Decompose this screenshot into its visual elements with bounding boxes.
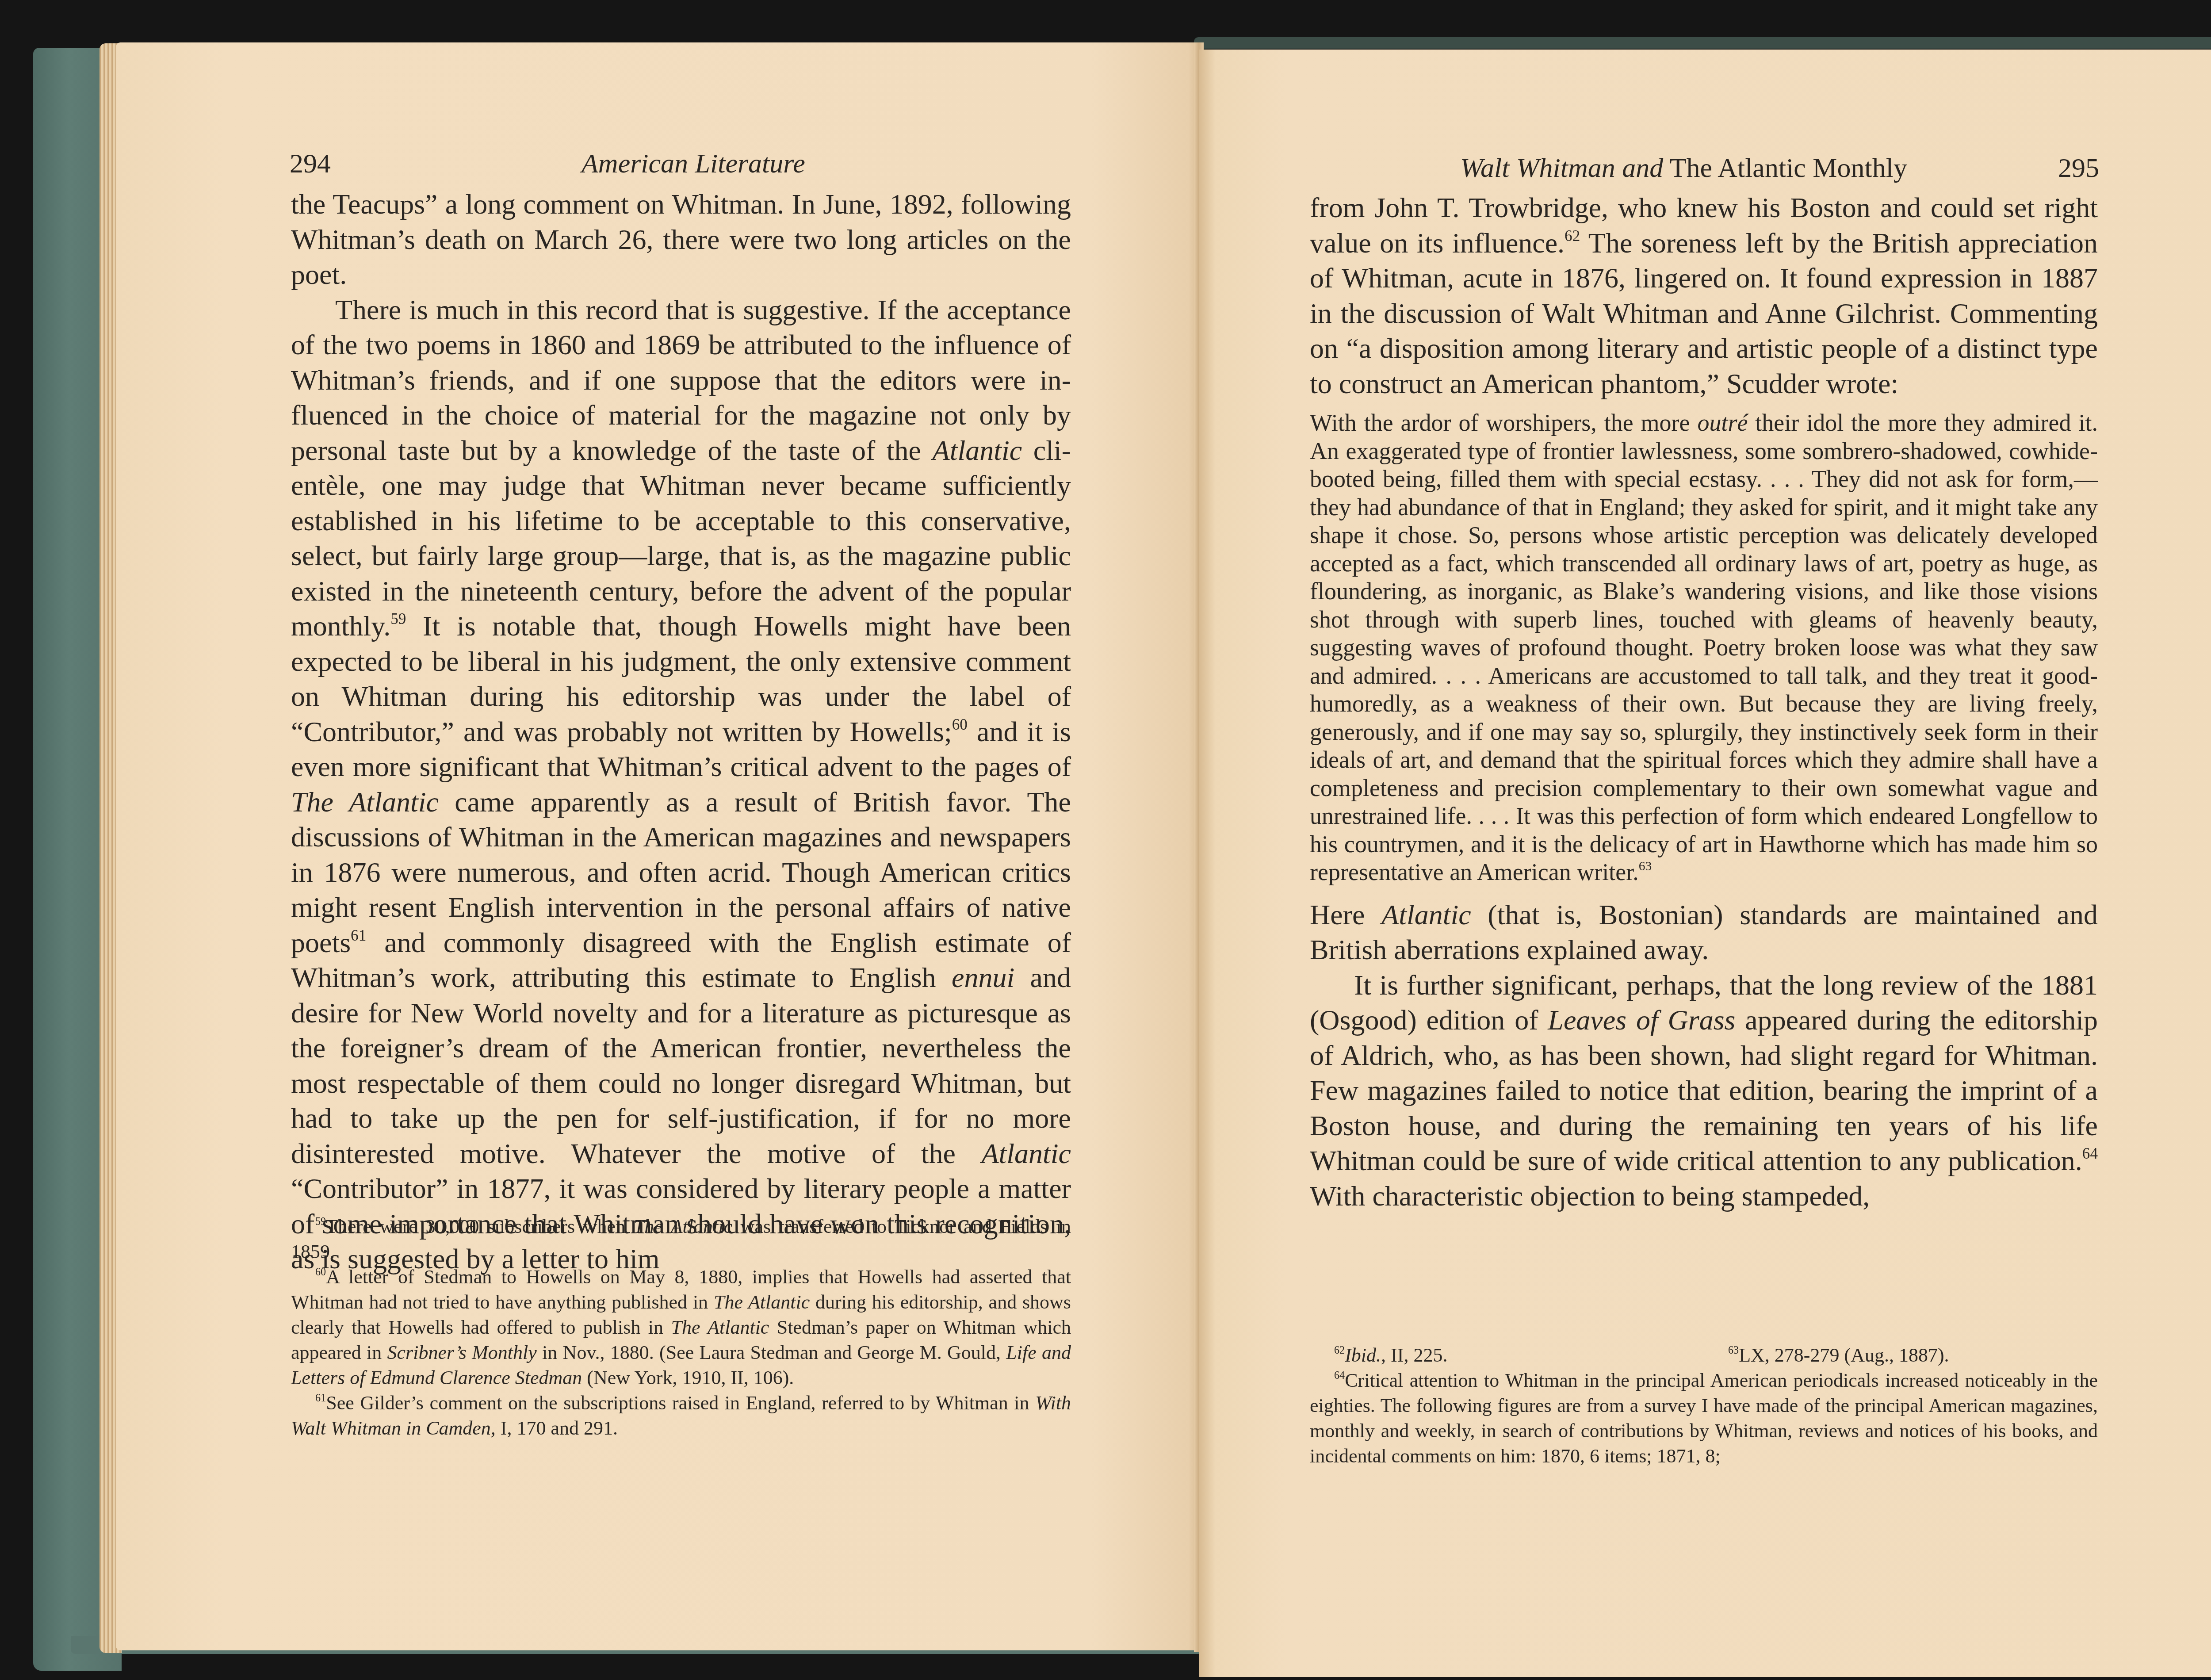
footnote-59: 59There were 30,000 subscribers when The… [291, 1214, 1071, 1264]
italic-text: Atlantic [933, 435, 1022, 466]
footnote-number: 60 [315, 1266, 326, 1278]
left-body-text: the Teacups” a long comment on Whitman. … [291, 187, 1071, 1277]
footnote-61: 61See Gilder’s comment on the subscripti… [291, 1390, 1071, 1441]
text-run: the Teacups” a long comment on Whitman. … [291, 188, 1071, 290]
text-run: Here [1310, 899, 1381, 930]
italic-text: The Atlantic [634, 1216, 732, 1237]
paragraph-after-quote: Here Atlantic (that is, Bostonian) stand… [1310, 897, 2098, 968]
italic-text: ennui [952, 962, 1014, 993]
text-run: their idol the more they admired it. An … [1310, 409, 2098, 885]
left-page-number: 294 [290, 146, 331, 181]
left-footnotes: 59There were 30,000 subscribers when The… [291, 1214, 1071, 1441]
body-paragraph: There is much in this record that is sug… [291, 292, 1071, 1277]
paragraph-before-quote: from John T. Trowbridge, who knew his Bo… [1310, 190, 2098, 401]
footnote-62: 62Ibid., II, 225. [1310, 1343, 1704, 1368]
running-title-roman: The Atlantic Monthly [1670, 153, 1907, 183]
footnote-64: 64Critical attention to Whitman in the p… [1310, 1368, 2098, 1469]
body-paragraph: the Teacups” a long comment on Whitman. … [291, 187, 1071, 292]
text-run: Critical attention to Whitman in the pri… [1310, 1370, 2098, 1467]
text-run: (New York, 1910, II, 106). [582, 1367, 794, 1389]
right-footnotes: 62Ibid., II, 225.63LX, 278-279 (Aug., 18… [1310, 1343, 2098, 1469]
italic-text: Atlantic [981, 1138, 1071, 1169]
text-run: LX, 278-279 (Aug., 1887). [1739, 1344, 1949, 1366]
right-page-number: 295 [2058, 150, 2099, 186]
footnote-number: 61 [315, 1392, 326, 1404]
text-run: With the ardor of worshipers, the more [1310, 409, 1697, 436]
right-running-head: Walt Whitman and The Atlantic Monthly 29… [1310, 150, 2099, 186]
final-paragraph: It is further significant, perhaps, that… [1310, 968, 2098, 1214]
text-run: in Nov., 1880. (See Laura Sted­man and G… [537, 1342, 1006, 1363]
text-run: , II, 225. [1381, 1344, 1447, 1366]
italic-text: The Atlantic [291, 786, 439, 818]
footnote-60: 60A letter of Stedman to Howells on May … [291, 1264, 1071, 1390]
footnote-reference[interactable]: 63 [1639, 859, 1652, 873]
text-run: With characteristic objection to being s… [1310, 1180, 1870, 1212]
italic-text: Scribner’s Monthly [387, 1342, 537, 1363]
text-run: See Gilder’s comment on the subscription… [326, 1392, 1035, 1414]
italic-text: Leaves of Grass [1548, 1004, 1735, 1036]
footnote-reference[interactable]: 64 [2082, 1145, 2098, 1162]
footnote-reference[interactable]: 60 [952, 716, 968, 733]
text-run: I, 170 and 291. [496, 1417, 618, 1439]
italic-text: The Atlantic [714, 1291, 810, 1313]
right-running-title: Walt Whitman and The Atlantic Monthly [1460, 150, 1907, 186]
italic-text: Atlantic [1381, 899, 1471, 930]
footnote-reference[interactable]: 59 [390, 610, 406, 628]
italic-text: The Atlantic [671, 1316, 769, 1338]
footnote-number: 62 [1334, 1344, 1345, 1356]
footnote-number: 59 [315, 1216, 326, 1228]
footnote-number: 64 [1334, 1370, 1345, 1382]
left-running-head: 294 American Literature [290, 146, 1072, 181]
italic-text: Ibid. [1345, 1344, 1381, 1366]
block-quote-scudder: With the ardor of worshipers, the more o… [1310, 409, 2098, 887]
text-run: There were 30,000 subscribers when [326, 1216, 634, 1237]
italic-text: outré [1697, 409, 1748, 436]
right-body-text: from John T. Trowbridge, who knew his Bo… [1310, 190, 2098, 1213]
footnote-reference[interactable]: 62 [1565, 227, 1580, 244]
footnotes-inline-row: 62Ibid., II, 225.63LX, 278-279 (Aug., 18… [1310, 1343, 2098, 1368]
footnote-number: 63 [1728, 1344, 1739, 1356]
book-cover-top-right [1194, 37, 2211, 49]
footnote-63: 63LX, 278-279 (Aug., 1887). [1704, 1343, 2098, 1368]
footnote-reference[interactable]: 61 [351, 926, 366, 944]
running-title-italic: Walt Whitman and [1460, 153, 1663, 183]
left-running-title: American Literature [581, 146, 805, 181]
